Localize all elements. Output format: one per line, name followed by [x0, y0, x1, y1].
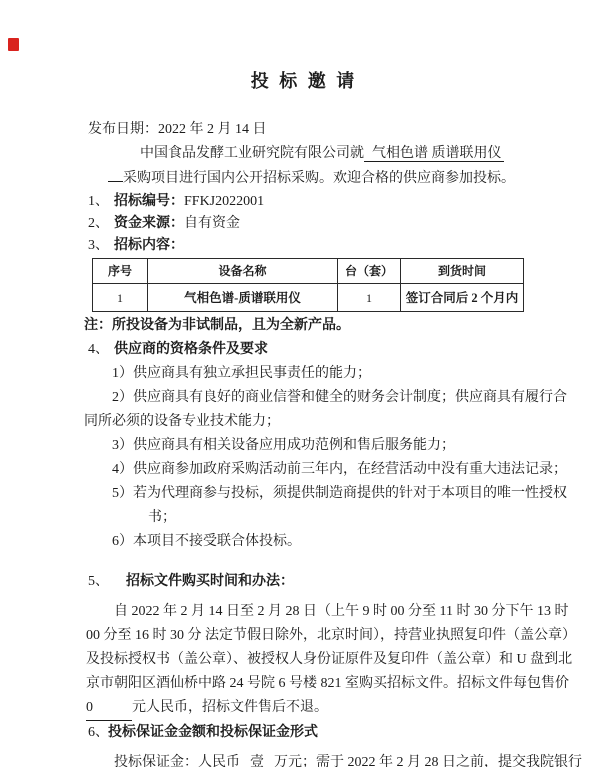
intro-line-2-text: 采购项目进行国内公开招标采购。欢迎合格的供应商参加投标。 — [123, 171, 515, 186]
bid-number-value: FFKJ2022001 — [184, 194, 264, 209]
bid-number-line: 1、招标编号：FFKJ2022001 — [88, 191, 524, 213]
item-number: 3、 — [88, 235, 114, 257]
section-6-title: 投标保证金金额和投标保证金形式 — [108, 725, 318, 740]
qualification-item-4: 4）供应商参加政府采购活动前三年内，在经营活动中没有重大违法记录； — [112, 458, 524, 482]
cell-delivery: 签订合同后 2 个月内 — [401, 284, 524, 312]
blank-underline — [108, 166, 123, 182]
document-page: 投 标 邀 请 发布日期：2022 年 2 月 14 日 中国食品发酵工业研究院… — [0, 0, 600, 767]
qualification-item-6: 6）本项目不接受联合体投标。 — [112, 530, 524, 554]
fund-source-line: 2、资金来源：自有资金 — [88, 213, 524, 235]
publish-date-line: 发布日期：2022 年 2 月 14 日 — [88, 118, 524, 142]
section-5-heading: 5、招标文件购买时间和办法： — [88, 570, 524, 594]
deposit-amount-underlined: 壹 — [240, 755, 274, 767]
purchase-line-3: 及投标授权书（盖公章）、被授权人身份证原件及复印件（盖公章）和 U 盘到北 — [86, 648, 524, 672]
qualification-item-5: 5）若为代理商参与投标，须提供制造商提供的针对于本项目的唯一性授权 — [112, 482, 524, 506]
section-4-title: 供应商的资格条件及要求 — [114, 342, 268, 357]
purchase-line-5-text: 元人民币，招标文件售后不退。 — [132, 700, 328, 715]
table-note: 注：所投设备为非试制品，且为全新产品。 — [84, 314, 524, 338]
qualification-item-2-cont: 同所必须的设备专业技术能力； — [84, 410, 524, 434]
equipment-table: 序号 设备名称 台（套） 到货时间 1 气相色谱-质谱联用仪 1 签订合同后 2… — [92, 258, 524, 312]
section-qualifications: 4、供应商的资格条件及要求 1）供应商具有独立承担民事责任的能力； 2）供应商具… — [84, 338, 524, 554]
document-price-value: 0 — [86, 696, 132, 721]
header-cell-seq: 序号 — [93, 259, 148, 284]
project-name-underlined: 气相色谱 质谱联用仪 — [364, 146, 504, 162]
section-number: 5、 — [88, 570, 126, 594]
document-content: 投 标 邀 请 发布日期：2022 年 2 月 14 日 中国食品发酵工业研究院… — [0, 66, 600, 767]
purchase-line-1: 自 2022 年 2 月 14 日至 2 月 28 日（上午 9 时 00 分至… — [114, 600, 524, 624]
deposit-prefix: 投标保证金：人民币 — [114, 755, 240, 767]
fund-source-label: 资金来源： — [114, 216, 184, 231]
bid-content-line: 3、招标内容： — [88, 235, 524, 257]
document-title: 投 标 邀 请 — [84, 66, 524, 96]
section-deposit: 6、投标保证金金额和投标保证金形式 投标保证金：人民币壹万元；需于 2022 年… — [84, 721, 524, 767]
intro-line-1-text: 中国食品发酵工业研究院有限公司就 — [140, 146, 364, 161]
table-header-row: 序号 设备名称 台（套） 到货时间 — [93, 259, 524, 284]
header-cell-device: 设备名称 — [148, 259, 338, 284]
qualification-item-3: 3）供应商具有相关设备应用成功范例和售后服务能力； — [112, 434, 524, 458]
purchase-line-2: 00 分至 16 时 30 分 法定节假日除外，北京时间），持营业执照复印件（盖… — [86, 624, 524, 648]
purchase-paragraph: 自 2022 年 2 月 14 日至 2 月 28 日（上午 9 时 00 分至… — [84, 600, 524, 721]
qualification-item-1: 1）供应商具有独立承担民事责任的能力； — [112, 362, 524, 386]
bid-content-label: 招标内容： — [114, 238, 184, 253]
intro-line-1: 中国食品发酵工业研究院有限公司就气相色谱 质谱联用仪 — [140, 142, 524, 166]
table-data-row: 1 气相色谱-质谱联用仪 1 签订合同后 2 个月内 — [93, 284, 524, 312]
bid-number-label: 招标编号： — [114, 194, 184, 209]
purchase-line-5: 0元人民币，招标文件售后不退。 — [86, 696, 524, 721]
qualification-item-2: 2）供应商具有良好的商业信誉和健全的财务会计制度；供应商具有履行合 — [112, 386, 524, 410]
red-stamp-mark — [8, 38, 19, 51]
section-4-heading: 4、供应商的资格条件及要求 — [88, 338, 524, 362]
deposit-rest: 万元；需于 2022 年 2 月 28 日之前，提交我院银行 — [274, 755, 582, 767]
item-number: 2、 — [88, 213, 114, 235]
fund-source-value: 自有资金 — [184, 216, 240, 231]
header-cell-delivery: 到货时间 — [401, 259, 524, 284]
purchase-line-4: 京市朝阳区酒仙桥中路 24 号院 6 号楼 821 室购买招标文件。招标文件每包… — [86, 672, 524, 696]
section-6-heading: 6、投标保证金金额和投标保证金形式 — [88, 721, 524, 745]
cell-device: 气相色谱-质谱联用仪 — [148, 284, 338, 312]
item-number: 1、 — [88, 191, 114, 213]
section-number: 6、 — [88, 721, 108, 745]
section-purchase: 5、招标文件购买时间和办法： 自 2022 年 2 月 14 日至 2 月 28… — [84, 570, 524, 721]
qualification-item-5-cont: 书； — [148, 506, 524, 530]
cell-seq: 1 — [93, 284, 148, 312]
cell-qty: 1 — [338, 284, 401, 312]
intro-line-2: 采购项目进行国内公开招标采购。欢迎合格的供应商参加投标。 — [108, 166, 524, 191]
section-number: 4、 — [88, 338, 114, 362]
deposit-line: 投标保证金：人民币壹万元；需于 2022 年 2 月 28 日之前，提交我院银行 — [114, 751, 524, 767]
header-cell-qty: 台（套） — [338, 259, 401, 284]
section-5-title: 招标文件购买时间和办法： — [126, 574, 294, 589]
